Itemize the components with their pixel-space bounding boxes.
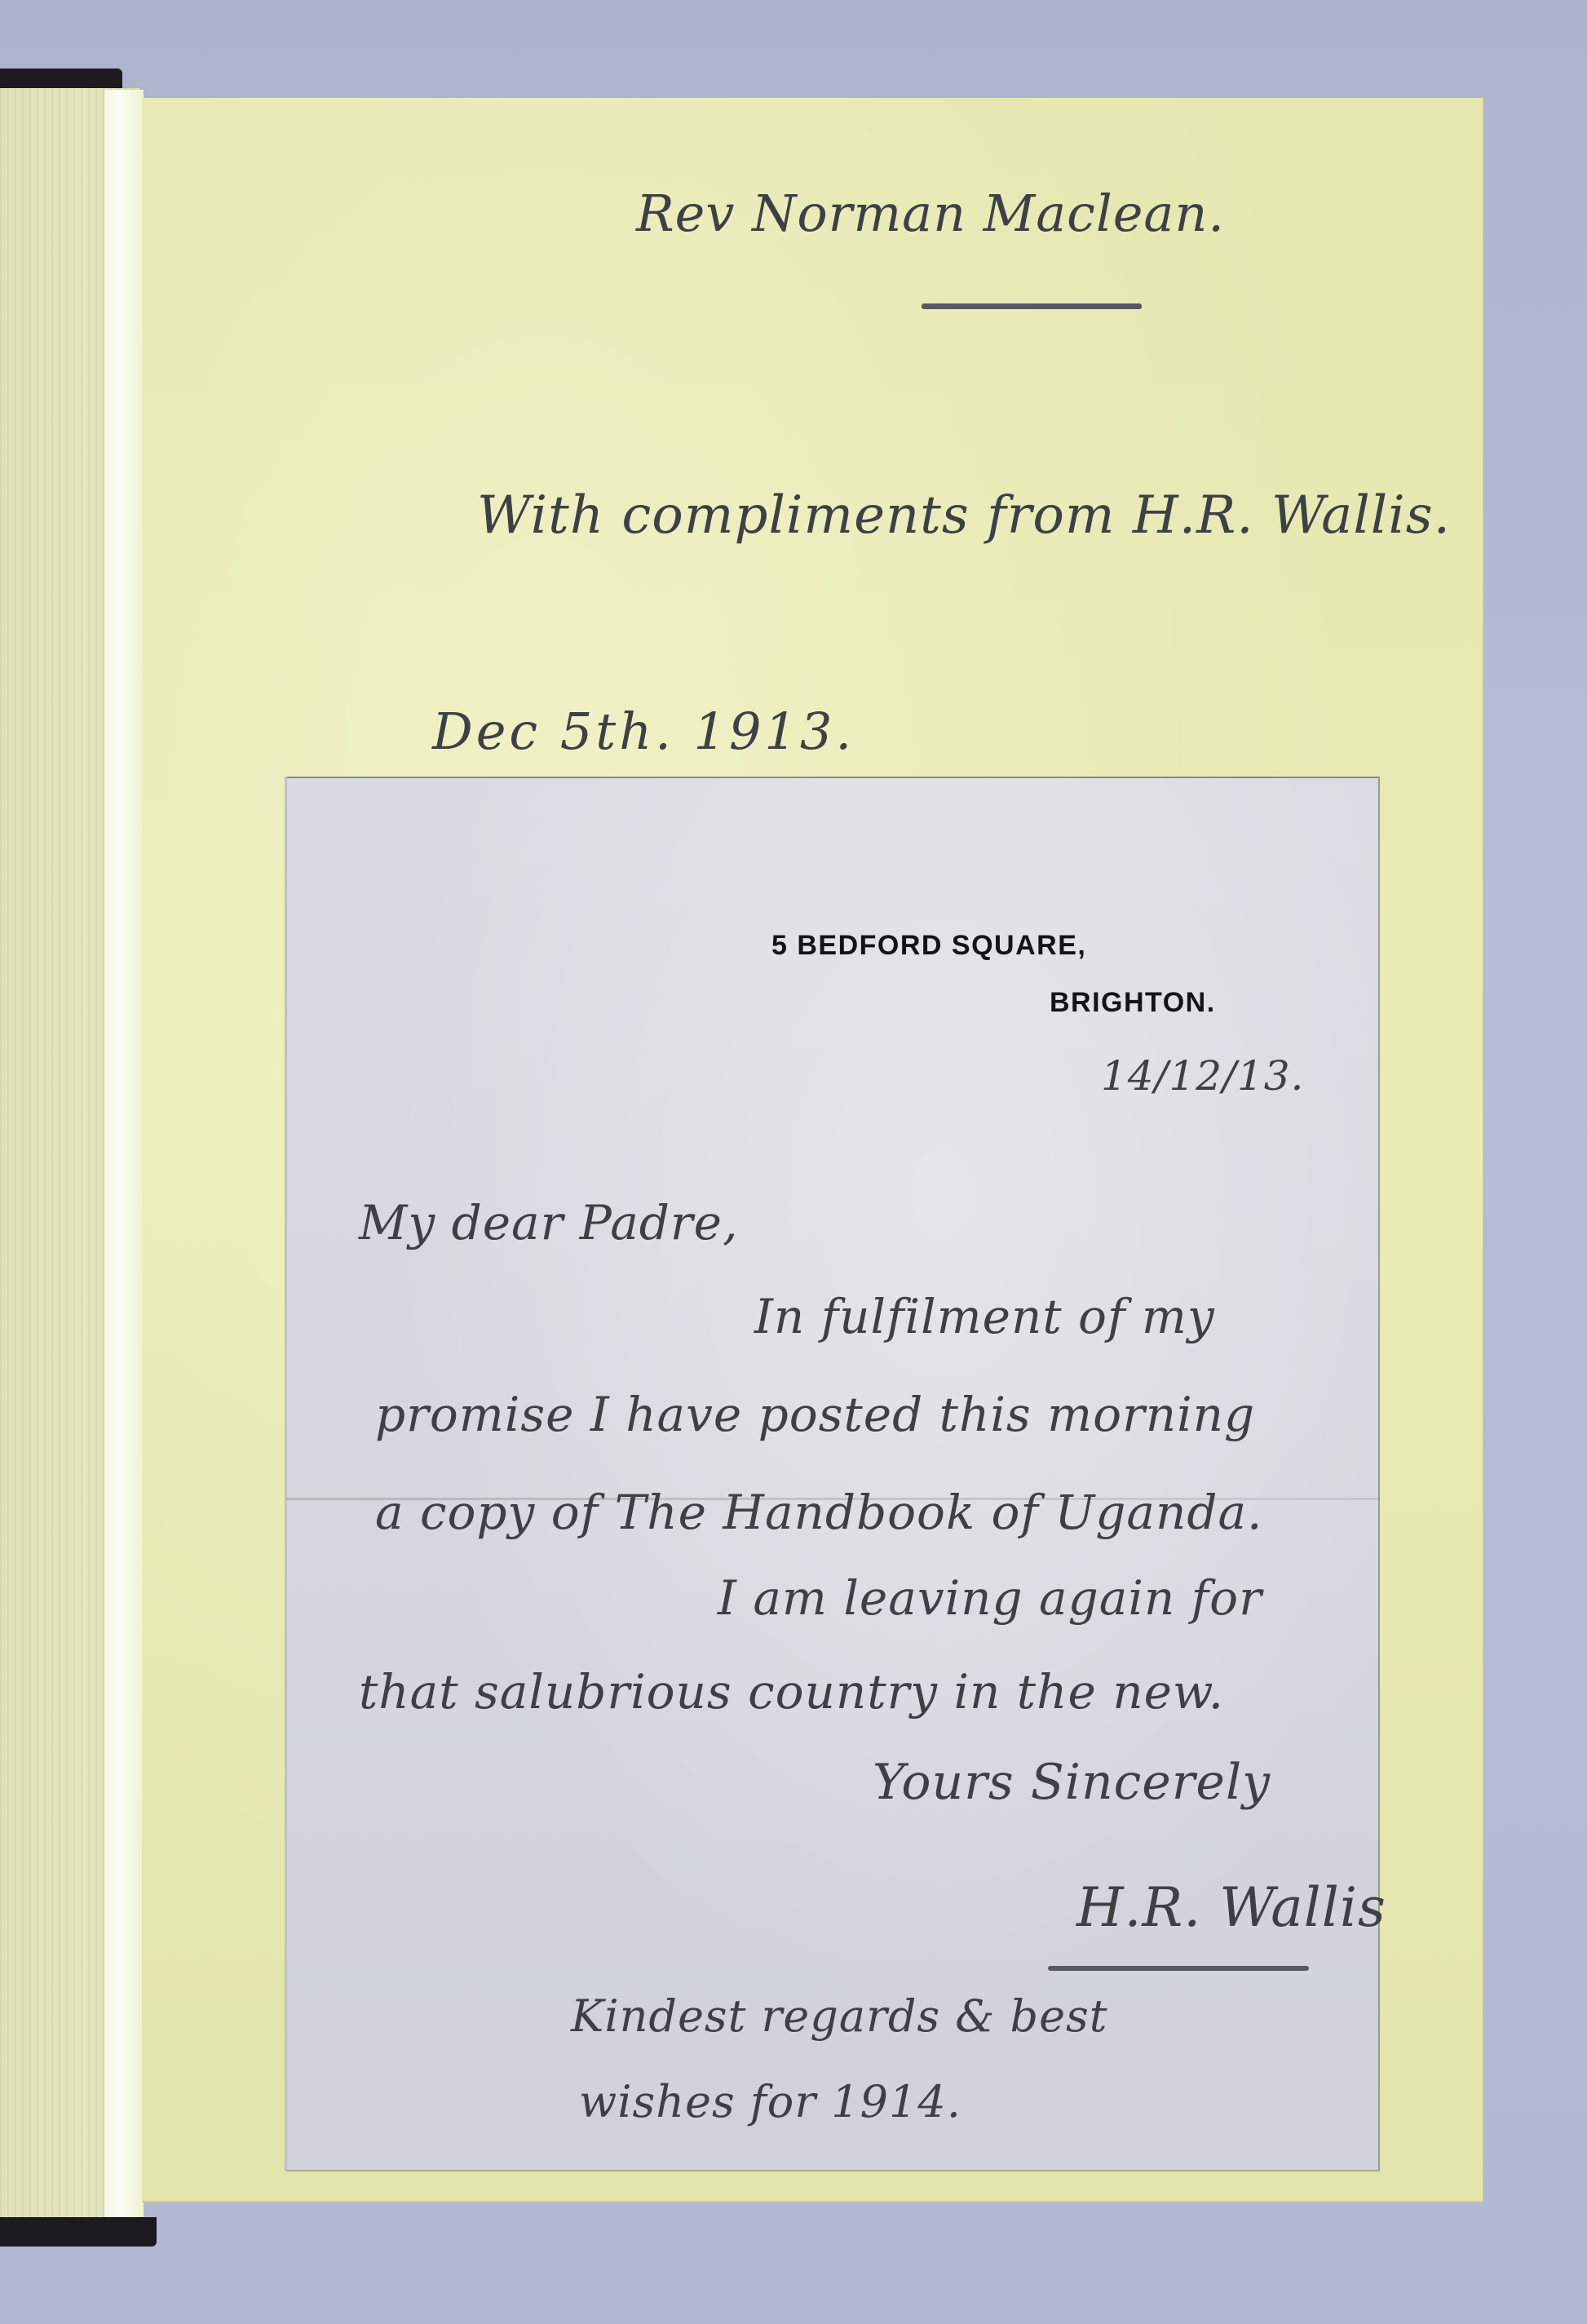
book-cover-bottom-edge bbox=[0, 2217, 157, 2247]
letter-body-line: that salubrious country in the new. bbox=[359, 1664, 1224, 1720]
compliments-inscription: With compliments from H.R. Wallis. bbox=[477, 485, 1451, 546]
letter-body-line: a copy of The Handbook of Uganda. bbox=[375, 1485, 1262, 1540]
letter-body-line: In fulfilment of my bbox=[754, 1289, 1215, 1344]
letter-body-line: promise I have posted this morning bbox=[375, 1387, 1255, 1442]
book-spine-gutter bbox=[104, 90, 144, 2219]
letter-closing: Yours Sincerely bbox=[873, 1754, 1271, 1811]
letter-salutation: My dear Padre, bbox=[359, 1195, 738, 1251]
letterhead-address-line1: 5 BEDFORD SQUARE, bbox=[771, 930, 1086, 962]
recipient-underline bbox=[922, 303, 1142, 309]
letter-date: 14/12/13. bbox=[1101, 1052, 1304, 1100]
letter-body-line: I am leaving again for bbox=[718, 1570, 1262, 1626]
signature-underline bbox=[1048, 1966, 1309, 1971]
inscription-date: Dec 5th. 1913. bbox=[432, 702, 855, 761]
recipient-inscription: Rev Norman Maclean. bbox=[636, 184, 1225, 243]
inserted-letter bbox=[287, 777, 1380, 2171]
letter-signature: H.R. Wallis bbox=[1076, 1876, 1386, 1939]
letter-postscript-line: Kindest regards & best bbox=[571, 1990, 1107, 2042]
letterhead-address-line2: BRIGHTON. bbox=[1050, 987, 1216, 1019]
letter-postscript-line: wishes for 1914. bbox=[579, 2076, 961, 2127]
